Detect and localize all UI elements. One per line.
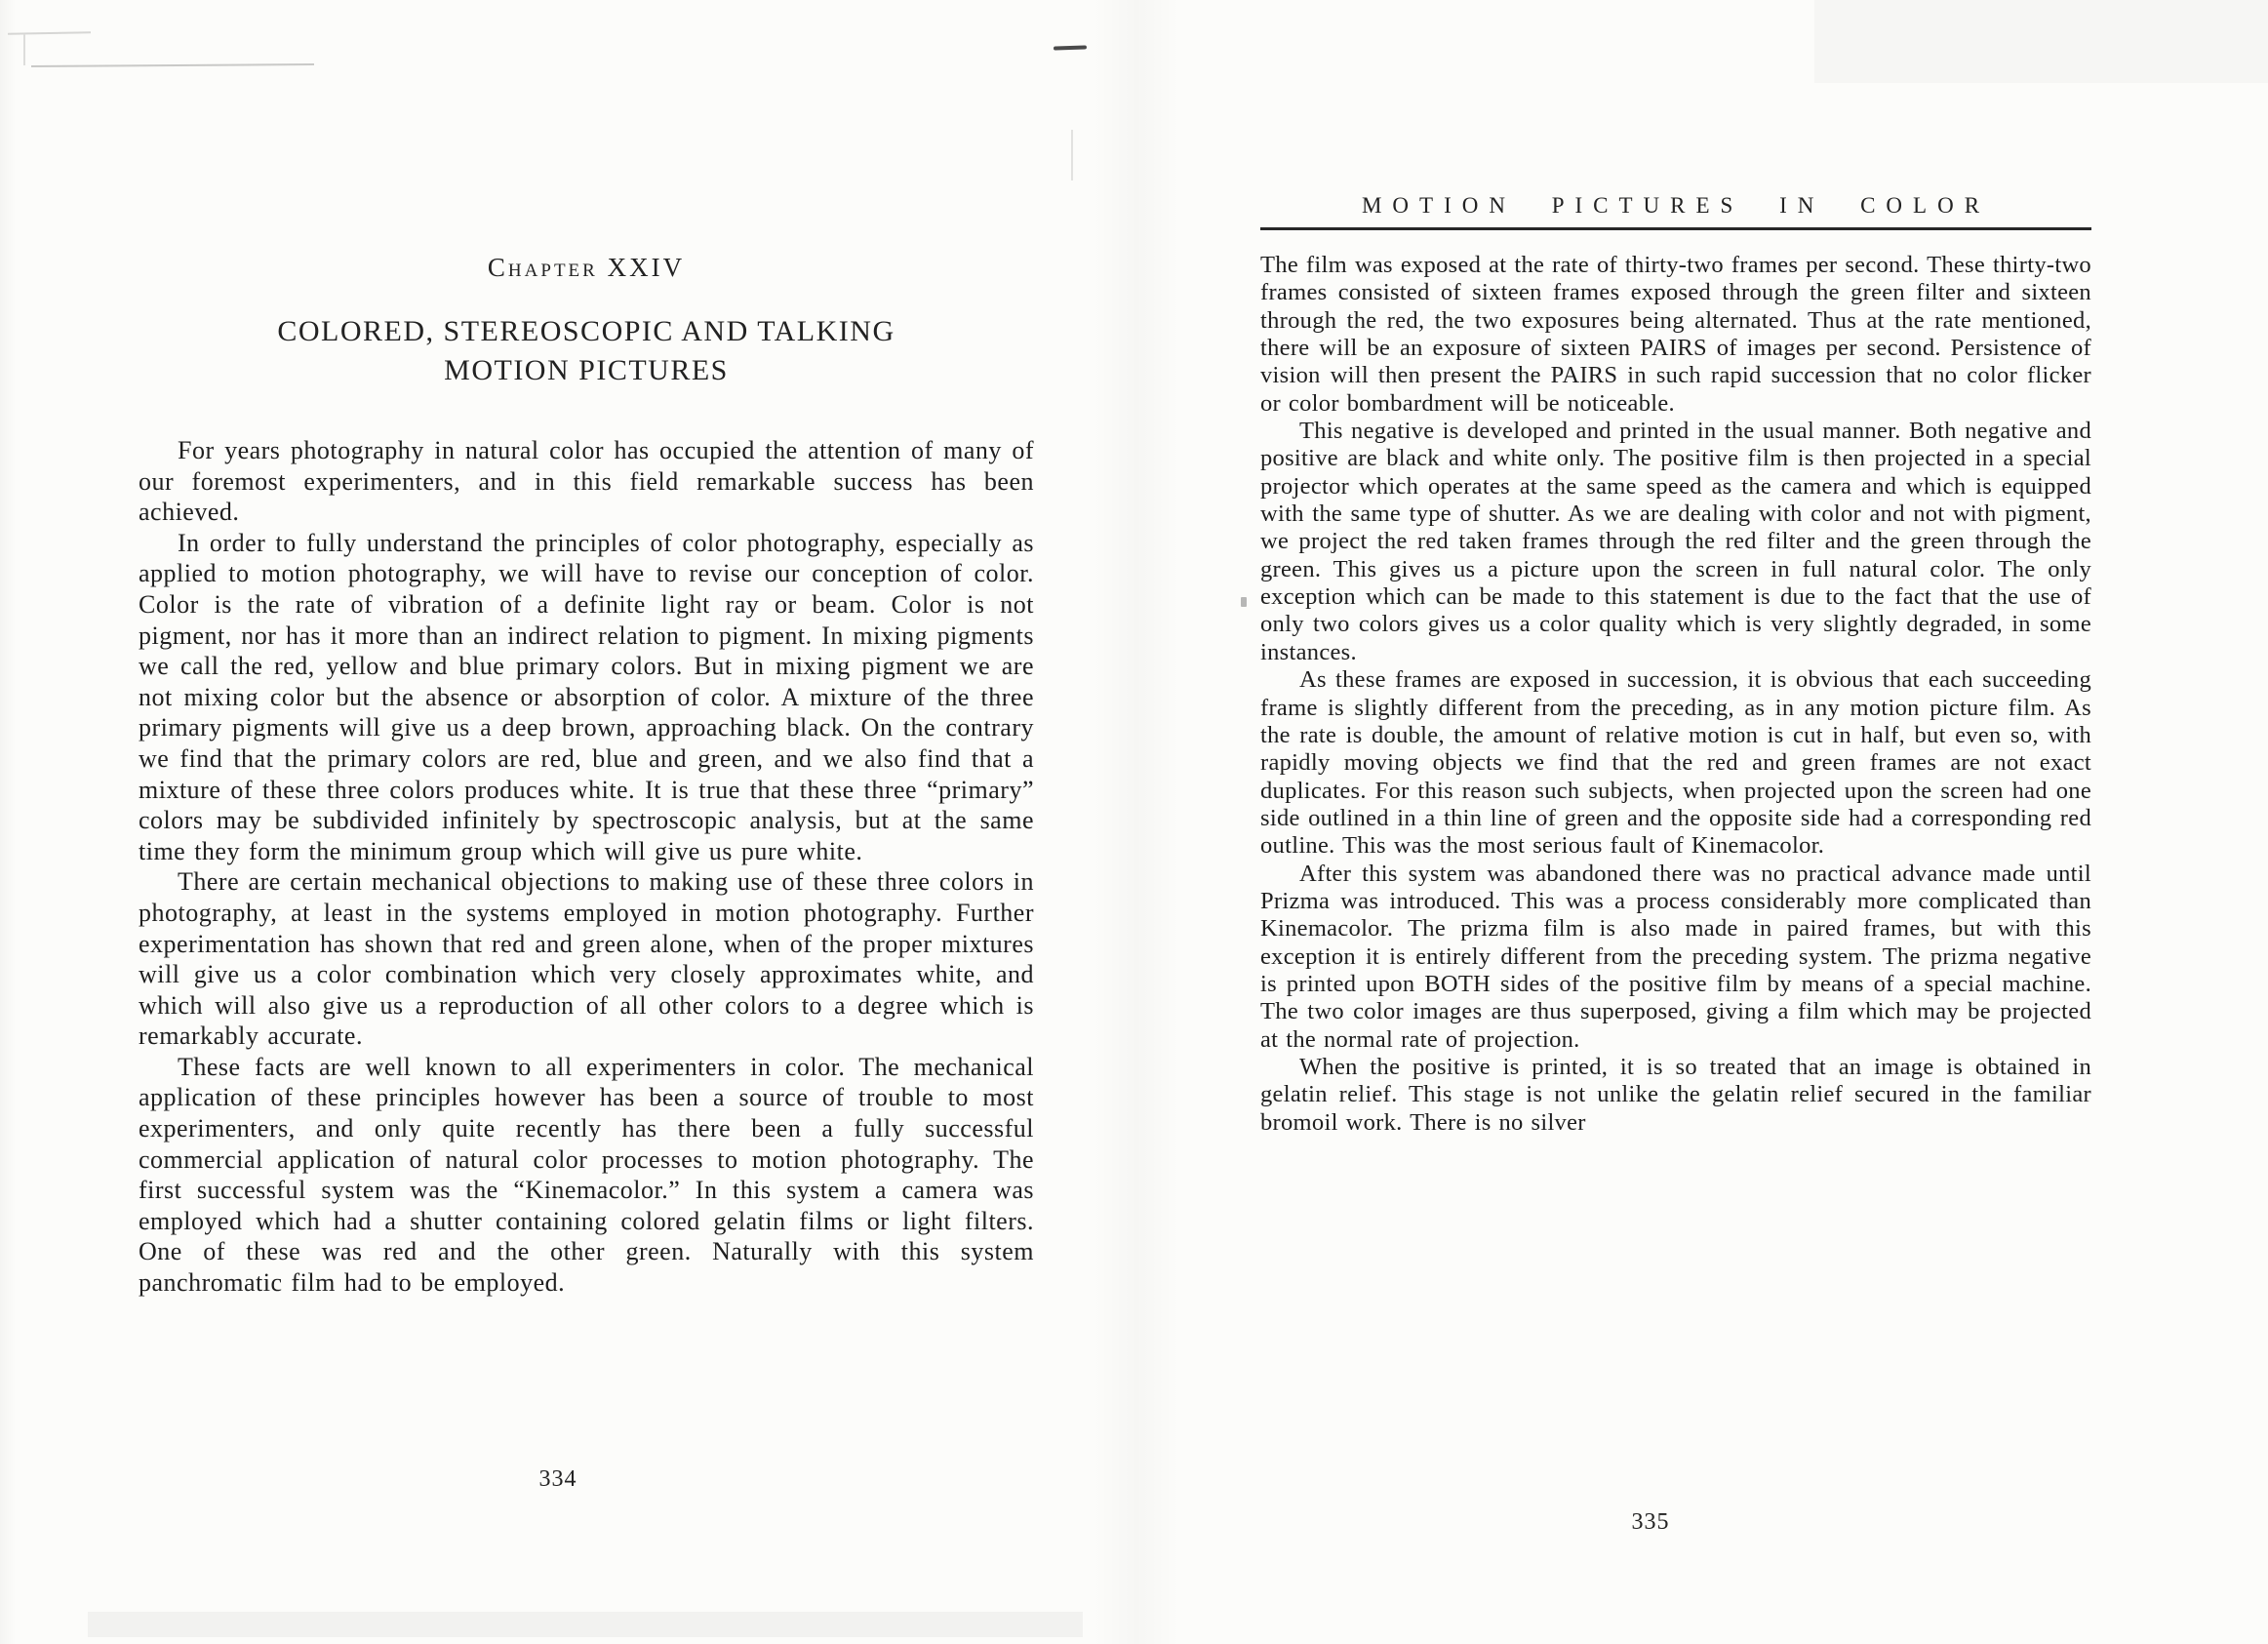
chapter-title-line-1: COLORED, STEREOSCOPIC AND TALKING (139, 312, 1034, 351)
chapter-title: COLORED, STEREOSCOPIC AND TALKING MOTION… (139, 312, 1034, 390)
scan-artifact (8, 31, 91, 34)
body-paragraph: These facts are well known to all experi… (139, 1052, 1034, 1299)
body-paragraph: For years photography in natural color h… (139, 435, 1034, 528)
book-scan: { "left_page": { "chapter_label": "Chapt… (0, 0, 2268, 1644)
running-header: MOTION PICTURES IN COLOR (1260, 193, 2091, 230)
body-paragraph: This negative is developed and printed i… (1260, 418, 2091, 666)
scan-artifact (31, 63, 314, 67)
body-paragraph: When the positive is printed, it is so t… (1260, 1054, 2091, 1137)
body-paragraph: There are certain mechanical objections … (139, 866, 1034, 1052)
right-page: MOTION PICTURES IN COLOR The film was ex… (1260, 193, 2091, 1137)
scan-edge-shading (0, 0, 16, 1644)
left-page-body: For years photography in natural color h… (139, 435, 1034, 1299)
body-paragraph: As these frames are exposed in successio… (1260, 666, 2091, 860)
body-paragraph: After this system was abandoned there wa… (1260, 861, 2091, 1054)
scan-artifact (1241, 597, 1247, 607)
scan-artifact (88, 1612, 1083, 1637)
chapter-label: Chapter XXIV (139, 250, 1034, 285)
body-paragraph: The film was exposed at the rate of thir… (1260, 252, 2091, 418)
left-page: Chapter XXIV COLORED, STEREOSCOPIC AND T… (139, 250, 1034, 1299)
scan-artifact (23, 34, 25, 65)
scan-artifact (1071, 130, 1073, 180)
page-number-right: 335 (1260, 1509, 2041, 1536)
right-page-body: The film was exposed at the rate of thir… (1260, 252, 2091, 1137)
chapter-title-line-2: MOTION PICTURES (139, 351, 1034, 390)
page-gutter-shading (1093, 0, 1180, 1644)
body-paragraph: In order to fully understand the princip… (139, 528, 1034, 867)
scan-artifact (1054, 45, 1087, 50)
page-number-left: 334 (139, 1466, 977, 1493)
scan-artifact (1814, 0, 2268, 83)
